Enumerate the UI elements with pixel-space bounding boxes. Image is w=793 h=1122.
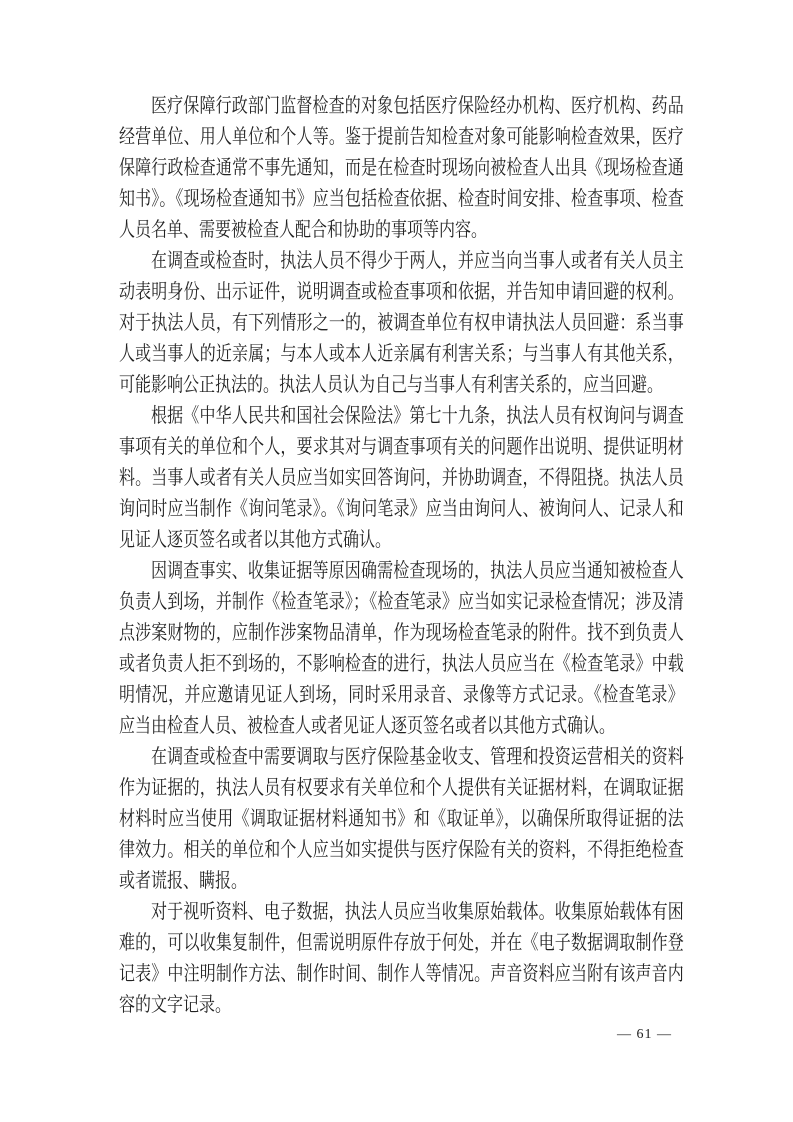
paragraph-inquiry-records: 根据《中华人民共和国社会保险法》第七十九条，执法人员有权询问与调查事项有关的单位… (119, 401, 684, 556)
paragraph-inspection-targets: 医疗保障行政部门监督检查的对象包括医疗保险经办机构、医疗机构、药品经营单位、用人… (119, 91, 684, 246)
paragraph-enforcement-personnel: 在调查或检查时，执法人员不得少于两人，并应当向当事人或者有关人员主动表明身份、出… (119, 246, 684, 401)
document-page: 医疗保障行政部门监督检查的对象包括医疗保险经办机构、医疗机构、药品经营单位、用人… (0, 0, 793, 1122)
paragraph-evidence-collection: 在调查或检查中需要调取与医疗保险基金收支、管理和投资运营相关的资料作为证据的，执… (119, 742, 684, 897)
document-body: 医疗保障行政部门监督检查的对象包括医疗保险经办机构、医疗机构、药品经营单位、用人… (119, 91, 684, 1021)
paragraph-site-inspection-records: 因调查事实、收集证据等原因确需检查现场的，执法人员应当通知被检查人负责人到场，并… (119, 556, 684, 742)
paragraph-audio-visual-data: 对于视听资料、电子数据，执法人员应当收集原始载体。收集原始载体有困难的，可以收集… (119, 897, 684, 1021)
page-number: — 61 — (617, 1026, 672, 1044)
